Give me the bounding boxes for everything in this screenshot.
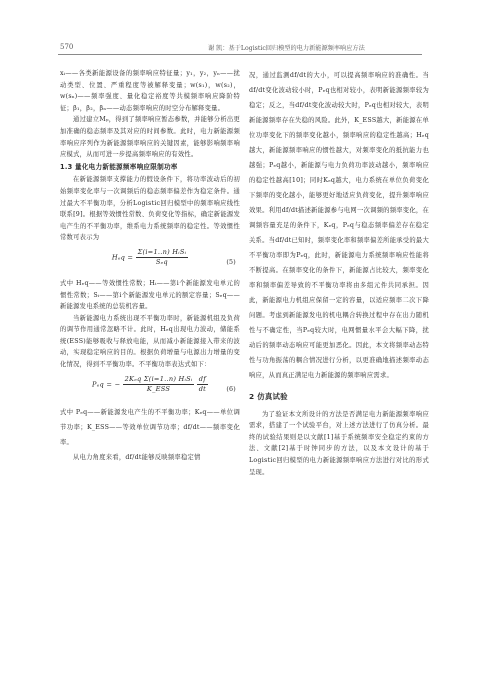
equation-6: Pₑq = − 2Kₑq Σ(i=1..n) HᵢSᵢ K_ESS df dt … — [60, 375, 240, 401]
eq6-fraction: 2Kₑq Σ(i=1..n) HᵢSᵢ K_ESS — [123, 375, 195, 394]
section-heading-1-3: 1.3 量化电力新能源频率响应限制功率 — [60, 162, 240, 174]
paragraph: 当新能源电力系统出现不平衡功率时，新能源机组及负荷的调节作用通常忽略不计。此时，… — [60, 313, 240, 371]
paragraph: 在新能源频率支撑能力的假设条件下，将功率波动后的初始频率变化率与一次调频后的稳态… — [60, 174, 240, 244]
eq5-lhs: Hₑq = — [112, 253, 133, 261]
paragraph: 为了验证本文所设计的方法是否满足电力新能源频率响应需求，搭建了一个试验平台，对上… — [249, 409, 429, 479]
equation-number: (6) — [226, 384, 236, 396]
page-number: 570 — [60, 43, 73, 51]
paragraph: 况，通过监测df/dt的大小，可以提高频率响应的准确性。当df/dt变化波动较小… — [249, 68, 429, 383]
eq6-lhs: Pₑq = − — [92, 380, 120, 388]
paragraph: 通过建立Mₚ，得到了频率响应暂态参数，并能够分析出更加准确的稳态频率及其对应的时… — [60, 114, 240, 160]
section-heading-2: 2 仿真试验 — [249, 391, 429, 403]
running-title: 谢 凯：基于Logistic回归模型的电力新能源频率响应方法 — [208, 43, 365, 52]
eq6-denominator: K_ESS — [123, 385, 195, 394]
paragraph: 从电力角度来看，df/dt能够反映频率稳定情 — [60, 450, 240, 465]
eq6-numerator: 2Kₑq Σ(i=1..n) HᵢSᵢ — [123, 375, 195, 385]
left-column: xᵢ——各类新能源设备的频率响应特征量；y₁，y₂，yₙ——扰动类型、位置、严重… — [60, 68, 240, 465]
right-column: 况，通过监测df/dt的大小，可以提高频率响应的准确性。当df/dt变化波动较小… — [249, 68, 429, 478]
equation-5: Hₑq = Σ(i=1..n) HᵢSᵢ Sₑq (5) — [60, 248, 240, 274]
eq5-fraction: Σ(i=1..n) HᵢSᵢ Sₑq — [136, 248, 189, 267]
running-header: 570 谢 凯：基于Logistic回归模型的电力新能源频率响应方法 — [58, 40, 422, 55]
variable-definitions: 式中 Hₑq——等效惯性常数；Hᵢ——第i个新能源发电单元的惯性常数；Sᵢ——第… — [60, 278, 240, 313]
eq6-derivative: df dt — [197, 375, 208, 394]
eq5-numerator: Σ(i=1..n) HᵢSᵢ — [136, 248, 189, 258]
derivative-numerator: df — [197, 375, 208, 385]
eq5-denominator: Sₑq — [136, 258, 189, 267]
variable-definitions: 式中 Pₑq——新能源发电产生的不平衡功率；Kₑq——单位调节功率；K_ESS—… — [60, 405, 240, 450]
equation-number: (5) — [226, 257, 236, 269]
derivative-denominator: dt — [197, 385, 208, 394]
variable-definitions: xᵢ——各类新能源设备的频率响应特征量；y₁，y₂，yₙ——扰动类型、位置、严重… — [60, 68, 240, 114]
